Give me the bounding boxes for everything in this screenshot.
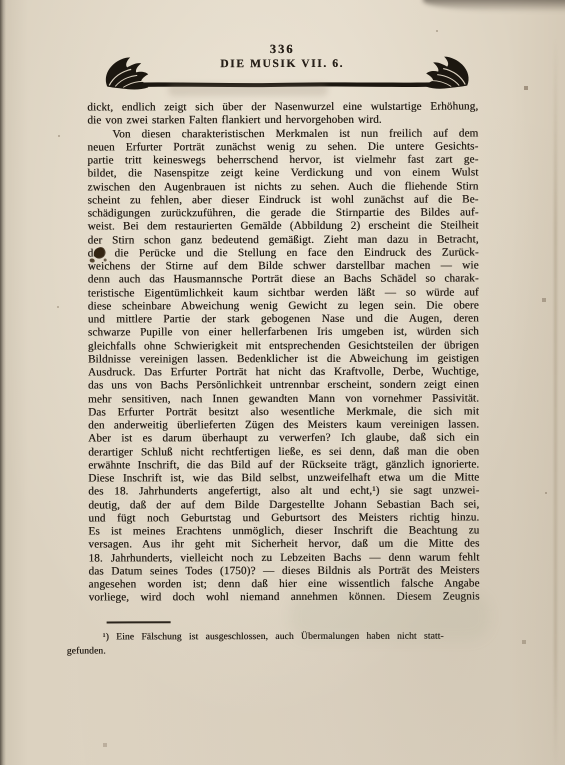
acanthus-leaf-ornament-icon [106,57,148,89]
text-line: des 18. Jahrhunderts angefertigt, also a… [88,485,479,499]
body-text-block: dickt, endlich zeigt sich über der Nasen… [87,100,479,605]
text-line: schwarze Pupille von einer hellerfarbene… [88,326,479,340]
show-through-ghost-top [168,84,328,96]
scan-edge-left [0,0,6,765]
text-line: Ausdruck. Das Erfurter Porträt hat nicht… [88,365,479,379]
text-line: Bildnisse vereinigen lassen. Bedenkliche… [88,352,479,366]
text-line: der Stirn schon ganz bedeutend gemäßigt.… [88,233,479,247]
text-line: derartiger Schluß nicht rechtfertigen li… [88,445,479,459]
text-line: scheint zu fehlen, aber dieser Eindruck … [88,193,479,207]
text-line: bildet, die Nasenspitze zeigt keine Verd… [87,167,478,181]
show-through-ghost-bottom [290,592,490,640]
ink-blot-tail [90,258,95,262]
text-line: das Datum seines Todes (1750)? — dieses … [88,564,479,578]
text-line: diese scheinbare Abweichung wenig Gewich… [88,299,479,313]
text-line: den anderweitig überlieferten Zügen des … [88,418,479,432]
text-line: partie tritt keineswegs beherrschend her… [87,153,478,167]
acanthus-leaf-ornament-mirrored-icon [426,57,468,89]
text-line: 18. Jahrhunderts, vielleicht noch zu Leb… [88,551,479,565]
text-line: das uns von Bachs Persönlichkeit untrenn… [88,379,479,393]
text-line: weichens der Stirne auf dem Bilde schwer… [88,259,479,273]
text-line: erwähnte Inschrift, die das Bild auf der… [88,458,479,472]
text-line: Das Erfurter Porträt besitzt also wesent… [88,405,479,419]
text-line: weist. Bei dem restaurierten Gemälde (Ab… [88,220,479,234]
text-line: versagen. Aus ihr geht mit Sicherheit he… [88,538,479,552]
text-line: Es ist meines Erachtens unmöglich, diese… [88,524,479,538]
text-line: deutig, daß der auf dem Bilde Dargestell… [88,498,479,512]
text-line: mehr sensitiven, nach Innen gewandten Ma… [88,392,479,406]
text-line: teristische Eigentümlichkeit kaum sichtb… [88,286,479,300]
text-line: gefunden. [67,643,444,657]
text-line: schädigungen zurückzuführen, die gerade … [88,206,479,220]
text-line: daß die Perücke und die Stellung en face… [88,246,479,260]
text-line: Von diesen charakteristischen Merkmalen … [87,127,478,141]
text-line: denn auch das Hausmannsche Porträt diese… [88,273,479,287]
text-line: die von zwei starken Falten flankiert un… [87,114,478,128]
text-line: und mittlere Partie der stark gebogenen … [88,312,479,326]
text-line: Aber ist es darum überhaupt zu verwerfen… [88,432,479,446]
text-line: zwischen den Augenbrauen ist nichts zu s… [87,180,478,194]
page-content: 336 DIE MUSIK VII. 6. dickt, endlich zei… [0,0,565,765]
text-line: und fügt noch Geburtstag und Geburtsort … [88,511,479,525]
page-edge-right [554,0,557,765]
text-line: Diese Inschrift ist, wie das Bild selbst… [88,471,479,485]
scanned-book-page: 336 DIE MUSIK VII. 6. dickt, endlich zei… [0,0,565,765]
text-line: gleichfalls ohne Schwierigkeit mit entsp… [88,339,479,353]
text-line: angesehen worden ist; denn daß hier eine… [89,577,480,591]
footnote-rule [107,621,171,623]
ink-blot-dot [104,258,107,261]
text-line: neuen Erfurter Porträt zunächst wenig zu… [87,140,478,154]
text-line: dickt, endlich zeigt sich über der Nasen… [87,100,478,114]
